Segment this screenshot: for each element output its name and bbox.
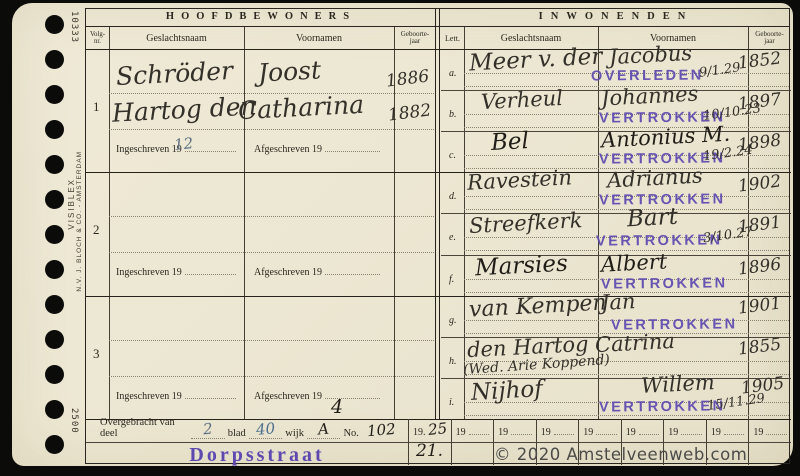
dotted-fill (185, 274, 236, 275)
dotted-fill (681, 434, 702, 435)
punch-hole (45, 260, 64, 279)
handwritten-surname: Streefkerk (468, 208, 583, 238)
colhead-surname-right: Geslachtsnaam (464, 34, 598, 45)
dotted-fill (325, 151, 380, 152)
afgeschreven-field: Afgeschreven 19 (254, 141, 382, 155)
dotted-fill (469, 434, 490, 435)
colhead-birthyear-left: Geboorte- jaar (394, 31, 436, 46)
colhead-volgnr-2: nr. (86, 38, 109, 45)
inwonende-row-i: i. Nijhof Willem VERTROKKEN 15/11.29 190… (441, 378, 791, 419)
ingeschreven-label: Ingeschreven 19 (116, 267, 182, 278)
printer-company: N.V. J. BLOCH & CO. - AMSTERDAM (76, 151, 83, 292)
afgeschreven-label: Afgeschreven 19 (254, 267, 322, 278)
afgeschreven-field: Afgeschreven 19 (254, 264, 382, 278)
dotted-fill (596, 434, 617, 435)
handwritten-firstnames: Johannes (600, 82, 698, 111)
punch-hole (45, 190, 64, 209)
year-cell-blank: 19 (663, 419, 706, 442)
hoofdbewoners-title: HOOFDBEWONERS (86, 11, 436, 22)
punch-hole (45, 15, 64, 34)
colhead-birthyear-left-2: jaar (394, 38, 436, 45)
punch-hole (45, 155, 64, 174)
handwritten-surname: Bel (490, 128, 529, 156)
year-label: 19 (583, 427, 593, 438)
write-line (109, 252, 434, 253)
afgeschreven-label: Afgeschreven 19 (254, 144, 322, 155)
inwonende-row-d: d. Ravestein Adrianus VERTROKKEN 1902 (441, 172, 791, 213)
row-letter: g. (449, 315, 457, 326)
handwritten-note: 4 (331, 396, 343, 418)
year-cell-blank: 19 (493, 419, 536, 442)
handwritten-surname: Schröder (115, 56, 233, 91)
handwritten-surname: Meer v. der (468, 44, 602, 77)
row-letter: h. (449, 356, 457, 367)
handwritten-birthyear: 1897 (737, 90, 782, 115)
handwritten-firstnames: Jacobus (608, 41, 692, 69)
hoofdbewoner-section-2: 2 Ingeschreven 19 Afgeschreven 19 (86, 172, 436, 295)
handwritten-firstnames: Jan (600, 289, 636, 315)
ingeschreven-field: Ingeschreven 19 (116, 388, 238, 402)
year-cell-blank: 19 (578, 419, 621, 442)
colhead-volgnr: Volg- nr. (86, 31, 109, 45)
handwritten-birthyear: 1886 (385, 66, 430, 91)
row-letter: c. (449, 150, 456, 161)
punch-hole (45, 120, 64, 139)
handwritten-surname: Verheul (480, 86, 563, 114)
handwritten-surname: van Kempen (468, 290, 607, 322)
handwritten-birthyear: 1882 (387, 100, 432, 125)
inwonenden-title: INWONENDEN (441, 11, 791, 22)
handwritten-year-25: 25 (427, 419, 448, 439)
transfer-label-deel: Overgebracht van deel (100, 417, 188, 439)
dotted-fill (554, 434, 575, 435)
colhead-birthyear-right-2: jaar (748, 38, 791, 45)
handwritten-deel: 2 (202, 420, 213, 439)
handwritten-birthyear: 1902 (737, 172, 782, 197)
handwritten-birthyear: 1891 (737, 213, 782, 238)
dotted-fill (325, 274, 380, 275)
section-number: 3 (93, 346, 100, 362)
punch-hole (45, 435, 64, 454)
row-letter: i. (449, 397, 454, 408)
year-label: 19 (498, 427, 508, 438)
colhead-surname-left: Geslachtsnaam (109, 34, 244, 45)
transfer-label-no: No. (343, 428, 358, 439)
write-line (109, 129, 434, 130)
dotted-fill (724, 434, 745, 435)
handwritten-ingeschreven-year: 12 (173, 134, 194, 154)
transfer-blad-field: 40 (249, 420, 282, 439)
handwritten-wijk: A (318, 420, 330, 439)
punch-hole (45, 50, 64, 69)
year-label: 19 (668, 427, 678, 438)
year-cell-1925: 19. 25 (408, 419, 451, 442)
handwritten-blad: 40 (255, 419, 276, 439)
write-line (109, 216, 434, 217)
card-corner-number: 10333 (69, 11, 79, 43)
colhead-firstnames-left: Voornamen (244, 34, 394, 45)
hoofdbewoner-section-1: 1 Schröder Joost 1886 Hartog den Cathari… (86, 49, 436, 172)
dotted-fill (766, 434, 787, 435)
row-letter: e. (449, 232, 456, 243)
inwonende-row-g: g. van Kempen Jan VERTROKKEN 1901 (441, 296, 791, 337)
ingeschreven-label: Ingeschreven 19 (116, 391, 182, 402)
row-letter: b. (449, 109, 457, 120)
handwritten-firstnames: Willem (640, 370, 715, 398)
transfer-label-wijk: wijk (285, 428, 304, 439)
ingeschreven-label: Ingeschreven 19 (116, 144, 182, 155)
card-paper: 10333 VISIBLEX N.V. J. BLOCH & CO. - AMS… (12, 3, 793, 466)
handwritten-surname: Nijhof (470, 376, 543, 406)
transfer-wijk-field: A (307, 420, 340, 439)
transfer-no-field: 102 (362, 421, 401, 439)
handwritten-firstnames: Catrina (594, 329, 675, 357)
handwritten-surname: Ravestein (466, 166, 572, 195)
handwritten-birthyear: 1905 (740, 373, 785, 398)
inwonende-row-c: c. Bel Antonius M. VERTROKKEN 19/2.24 18… (441, 131, 791, 172)
write-line (109, 376, 434, 377)
handwritten-firstnames: Joost (257, 55, 321, 87)
section-number: 1 (93, 99, 100, 115)
section-number: 2 (93, 222, 100, 238)
punch-hole (45, 400, 64, 419)
handwritten-birthyear: 1855 (737, 334, 782, 359)
handwritten-birthyear: 1852 (737, 48, 782, 73)
transfer-deel-field: 2 (191, 420, 224, 439)
dotted-fill (511, 434, 532, 435)
transfer-label-blad: blad (228, 428, 246, 439)
register-table: HOOFDBEWONERS INWONENDEN Volg- nr. Gesla… (85, 8, 790, 464)
card-stock-number: 2500 (69, 408, 79, 434)
handwritten-birthyear: 1898 (737, 131, 782, 156)
year-label: 19 (711, 427, 721, 438)
street-name: Dorpsstraat (106, 444, 408, 467)
afgeschreven-label: Afgeschreven 19 (254, 391, 322, 402)
dotted-fill (185, 398, 236, 399)
year-label: 19 (541, 427, 551, 438)
afgeschreven-field: Afgeschreven 19 (254, 388, 382, 402)
row-letter: f. (449, 274, 454, 285)
punch-hole (45, 295, 64, 314)
hoofdbewoner-section-3: 3 Ingeschreven 19 Afgeschreven 19 4 (86, 296, 436, 419)
handwritten-house-register-no: 102 (366, 420, 396, 440)
row-letter: a. (449, 68, 457, 79)
handwritten-birthyear: 1901 (737, 293, 782, 318)
colhead-birthyear-right: Geboorte- jaar (748, 31, 791, 46)
copyright-watermark: © 2020 Amstelveenweb.com (494, 445, 747, 464)
colhead-volgnr-1: Volg- (86, 31, 109, 38)
inwonende-row-b: b. Verheul Johannes VERTROKKEN 10/10.23 … (441, 90, 791, 131)
handwritten-firstnames: Bart (626, 204, 678, 233)
row-letter: d. (449, 191, 457, 202)
year-cell-blank: 19 (536, 419, 579, 442)
write-line (109, 340, 434, 341)
handwritten-stamp-date: 9/1.29 (698, 60, 741, 81)
ingeschreven-field: Ingeschreven 19 (116, 264, 238, 278)
transfer-line: Overgebracht van deel 2 blad 40 wijk A N… (86, 419, 408, 442)
colhead-lett: Lett. (441, 35, 464, 43)
handwritten-birthyear: 1896 (737, 254, 782, 279)
year-cell-blank: 19 (706, 419, 749, 442)
handwritten-surname: Marsies (474, 250, 568, 281)
handwritten-firstnames: Adrianus (606, 164, 703, 193)
dotted-fill (639, 434, 660, 435)
year-label: 19 (456, 427, 466, 438)
year-cell-blank: 19 (451, 419, 494, 442)
house-number-cell: 21. (408, 441, 451, 461)
printer-brand: VISIBLEX (67, 178, 76, 230)
year-label: 19 (753, 427, 763, 438)
punch-hole (45, 365, 64, 384)
handwritten-surname: Hartog den (111, 91, 257, 128)
year-cell-blank: 19 (621, 419, 664, 442)
year-label: 19 (626, 427, 636, 438)
handwritten-house-number: 21. (416, 441, 443, 461)
handwritten-firstnames: Albert (600, 249, 667, 276)
punch-hole (45, 330, 64, 349)
year-prefix: 19. (413, 427, 426, 438)
inwonende-row-h: h. den Hartog (Wed. Arie Koppend) Catrin… (441, 337, 791, 378)
inwonende-row-a: a. Meer v. der Jacobus OVERLEDEN 9/1.29 … (441, 49, 791, 90)
handwritten-firstnames: Catharina (237, 90, 364, 126)
punch-hole (45, 85, 64, 104)
scanned-register-card: 10333 VISIBLEX N.V. J. BLOCH & CO. - AMS… (0, 0, 800, 476)
punch-hole (45, 225, 64, 244)
year-cell-blank: 19 (748, 419, 791, 442)
inwonende-row-e: e. Streefkerk Bart VERTROKKEN 3/10.27 18… (441, 213, 791, 254)
